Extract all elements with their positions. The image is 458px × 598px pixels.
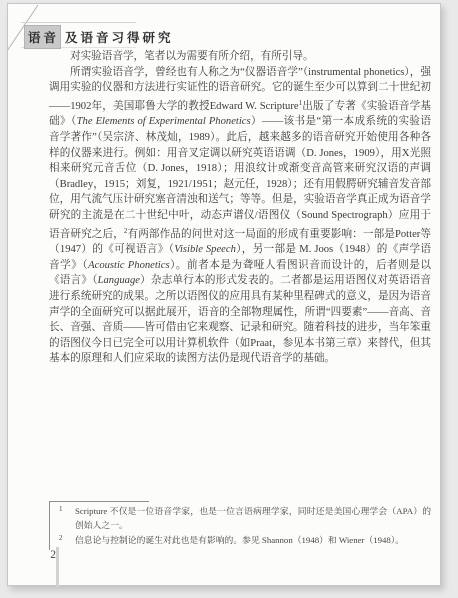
book-page: 语音 及语音习得研究 对实验语音学，笔者以为需要有所介绍，有所引导。 所谓实验语… xyxy=(7,3,441,586)
footnote-2-text: 信息论与控制论的诞生对此也是有影响的。参见 Shannon（1948）和 Wie… xyxy=(75,535,404,545)
paragraph-main: 所谓实验语音学，曾经也有人称之为“仪器语音学”（instrumental pho… xyxy=(49,65,431,367)
footnote-left-rule xyxy=(49,501,50,550)
page-number-bar xyxy=(56,547,59,587)
footnote-separator-rule xyxy=(49,501,149,502)
footnotes: 1 Scripture 不仅是一位语音学家，也是一位言语病理学家，同时还是美国心… xyxy=(53,505,431,550)
footnote-1-marker: 1 xyxy=(59,503,63,517)
footnote-2-marker: 2 xyxy=(59,532,63,546)
scanned-book-page-canvas: { "page": { "header": { "title_highlight… xyxy=(0,0,458,598)
footnote-2: 2 信息论与控制论的诞生对此也是有影响的。参见 Shannon（1948）和 W… xyxy=(53,534,431,548)
chapter-header-rest: 及语音习得研究 xyxy=(65,28,174,46)
body-text: 对实验语音学，笔者以为需要有所介绍，有所引导。 所谓实验语音学，曾经也有人称之为… xyxy=(49,49,431,367)
paragraph-intro: 对实验语音学，笔者以为需要有所介绍，有所引导。 xyxy=(49,49,431,65)
chapter-header-highlight: 语音 xyxy=(24,25,61,49)
footnote-1: 1 Scripture 不仅是一位语音学家，也是一位言语病理学家，同时还是美国心… xyxy=(53,505,431,532)
chapter-header: 语音 及语音习得研究 xyxy=(24,24,174,50)
page-number: 2 xyxy=(42,549,56,561)
footnote-1-text: Scripture 不仅是一位语音学家，也是一位言语病理学家，同时还是美国心理学… xyxy=(75,506,431,530)
